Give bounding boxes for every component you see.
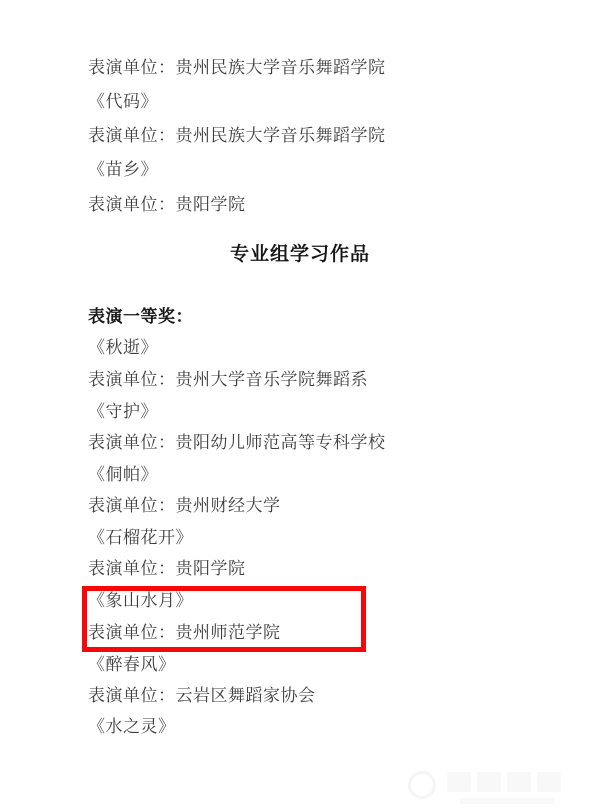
performance-unit: 表演单位：贵州民族大学音乐舞蹈学院 [88, 127, 386, 145]
entry-title: 《秋逝》 [88, 339, 158, 357]
performance-unit: 表演单位：贵州财经大学 [88, 497, 281, 515]
entry-title-highlighted: 《象山水月》 [88, 592, 193, 610]
performance-unit: 表演单位：贵阳幼儿师范高等专科学校 [88, 434, 386, 452]
award-category-label: 表演一等奖： [88, 308, 193, 326]
entry-title: 《醉春风》 [88, 656, 176, 674]
section-heading: 专业组学习作品 [0, 245, 600, 265]
performance-unit: 表演单位：贵阳学院 [88, 196, 246, 214]
watermark-text-block [507, 772, 531, 792]
performance-unit: 表演单位：贵州民族大学音乐舞蹈学院 [88, 59, 386, 77]
entry-title: 《守护》 [88, 403, 158, 421]
watermark-text-block [460, 798, 555, 804]
performance-unit: 表演单位：云岩区舞蹈家协会 [88, 687, 316, 705]
watermark-text-block [477, 772, 501, 792]
watermark [405, 768, 585, 811]
performance-unit-highlighted: 表演单位：贵州师范学院 [88, 624, 281, 642]
document-page: 表演单位：贵州民族大学音乐舞蹈学院 《代码》 表演单位：贵州民族大学音乐舞蹈学院… [0, 0, 600, 811]
entry-title: 《苗乡》 [88, 161, 158, 179]
entry-title: 《石榴花开》 [88, 529, 193, 547]
watermark-text-block [537, 772, 561, 792]
entry-title: 《代码》 [88, 93, 158, 111]
performance-unit: 表演单位：贵阳学院 [88, 560, 246, 578]
watermark-logo-icon [408, 771, 436, 799]
entry-title: 《水之灵》 [88, 718, 176, 736]
performance-unit: 表演单位：贵州大学音乐学院舞蹈系 [88, 371, 368, 389]
watermark-text-block [447, 772, 471, 792]
entry-title: 《侗帕》 [88, 466, 158, 484]
